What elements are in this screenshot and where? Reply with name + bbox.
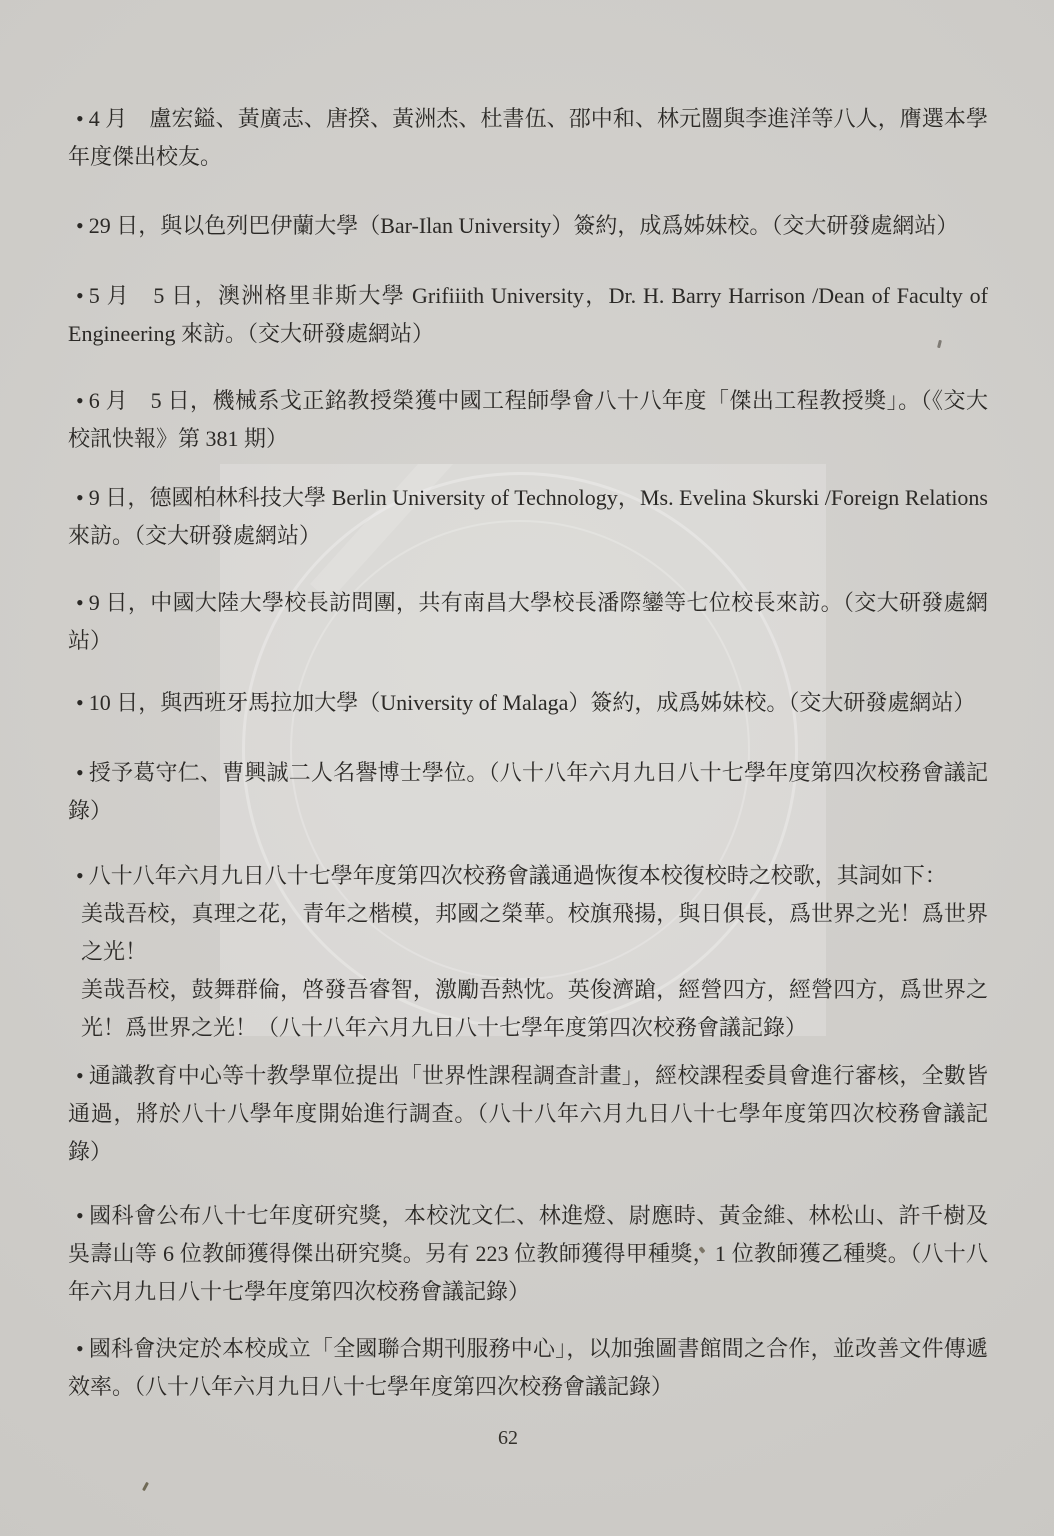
entry-text: 八十八年六月九日八十七學年度第四次校務會議通過恢復本校復校時之校歌，其詞如下： [89,863,947,888]
entry-text: 國科會決定於本校成立「全國聯合期刊服務中心」，以加強圖書館間之合作，並改善文件傳… [68,1336,988,1399]
page-number: 62 [0,1427,1054,1450]
bullet-icon: • [76,760,89,785]
bullet-icon: • [76,106,89,131]
entry-text: 授予葛守仁、曹興誠二人名譽博士學位。（八十八年六月九日八十七學年度第四次校務會議… [68,760,988,823]
chronicle-entry: •10 日，與西班牙馬拉加大學（University of Malaga）簽約，… [68,684,988,722]
chronicle-entry: •29 日，與以色列巴伊蘭大學（Bar-Ilan University）簽約，成… [68,207,988,245]
entry-text: 9 日，中國大陸大學校長訪問團，共有南昌大學校長潘際鑾等七位校長來訪。（交大研發… [68,590,988,653]
school-anthem-lyrics: 美哉吾校，真理之花，青年之楷模，邦國之榮華。校旗飛揚，與日俱長，爲世界之光！爲世… [68,895,988,1047]
chronicle-entries: •4 月 盧宏鎰、黃廣志、唐揆、黃洲杰、杜書伍、邵中和、林元闓與李進洋等八人，膺… [68,100,988,1406]
chronicle-entry: •通識教育中心等十教學單位提出「世界性課程調查計畫」，經校課程委員會進行審核，全… [68,1057,988,1171]
anthem-verse: 美哉吾校，真理之花，青年之楷模，邦國之榮華。校旗飛揚，與日俱長，爲世界之光！爲世… [81,895,988,971]
bullet-icon: • [76,690,89,715]
chronicle-entry: •國科會決定於本校成立「全國聯合期刊服務中心」，以加強圖書館間之合作，並改善文件… [68,1330,988,1406]
bullet-icon: • [76,590,89,615]
bullet-icon: • [76,388,89,413]
chronicle-entry: •4 月 盧宏鎰、黃廣志、唐揆、黃洲杰、杜書伍、邵中和、林元闓與李進洋等八人，膺… [68,100,988,176]
entry-text: 9 日，德國柏林科技大學 Berlin University of Techno… [68,485,988,548]
entry-text: 4 月 盧宏鎰、黃廣志、唐揆、黃洲杰、杜書伍、邵中和、林元闓與李進洋等八人，膺選… [68,106,988,169]
entry-text: 通識教育中心等十教學單位提出「世界性課程調查計畫」，經校課程委員會進行審核，全數… [68,1063,988,1164]
scan-speck [812,222,815,225]
bullet-icon: • [76,863,89,888]
chronicle-entry: •6 月 5 日，機械系戈正銘教授榮獲中國工程師學會八十八年度「傑出工程教授獎」… [68,382,988,458]
chronicle-entry: •授予葛守仁、曹興誠二人名譽博士學位。（八十八年六月九日八十七學年度第四次校務會… [68,754,988,830]
bullet-icon: • [76,1203,89,1228]
bullet-icon: • [76,283,89,308]
chronicle-entry: •國科會公布八十七年度研究獎，本校沈文仁、林進燈、尉應時、黃金維、林松山、許千樹… [68,1197,988,1311]
chronicle-entry: •9 日，德國柏林科技大學 Berlin University of Techn… [68,479,988,555]
entry-text: 5 月 5 日，澳洲格里非斯大學 Grifiiith University，Dr… [68,283,988,346]
bullet-icon: • [76,1336,89,1361]
entry-text: 6 月 5 日，機械系戈正銘教授榮獲中國工程師學會八十八年度「傑出工程教授獎」。… [68,388,988,451]
bullet-icon: • [76,213,89,238]
entry-text: 10 日，與西班牙馬拉加大學（University of Malaga）簽約，成… [89,690,976,715]
scanned-document-page: { "page": { "number": "62" }, "colors": … [0,0,1054,1536]
chronicle-entry: •5 月 5 日，澳洲格里非斯大學 Grifiiith University，D… [68,277,988,353]
chronicle-entry: •9 日，中國大陸大學校長訪問團，共有南昌大學校長潘際鑾等七位校長來訪。（交大研… [68,584,988,660]
entry-text: 國科會公布八十七年度研究獎，本校沈文仁、林進燈、尉應時、黃金維、林松山、許千樹及… [68,1203,988,1304]
entry-text: 29 日，與以色列巴伊蘭大學（Bar-Ilan University）簽約，成爲… [89,213,959,238]
chronicle-entry-school-anthem: •八十八年六月九日八十七學年度第四次校務會議通過恢復本校復校時之校歌，其詞如下：… [68,857,988,1047]
bullet-icon: • [76,1063,89,1088]
bullet-icon: • [76,485,89,510]
anthem-verse: 美哉吾校，鼓舞群倫，啓發吾睿智，激勵吾熱忱。英俊濟蹌，經營四方，經營四方，爲世界… [81,971,988,1047]
scan-speck [142,1482,149,1491]
